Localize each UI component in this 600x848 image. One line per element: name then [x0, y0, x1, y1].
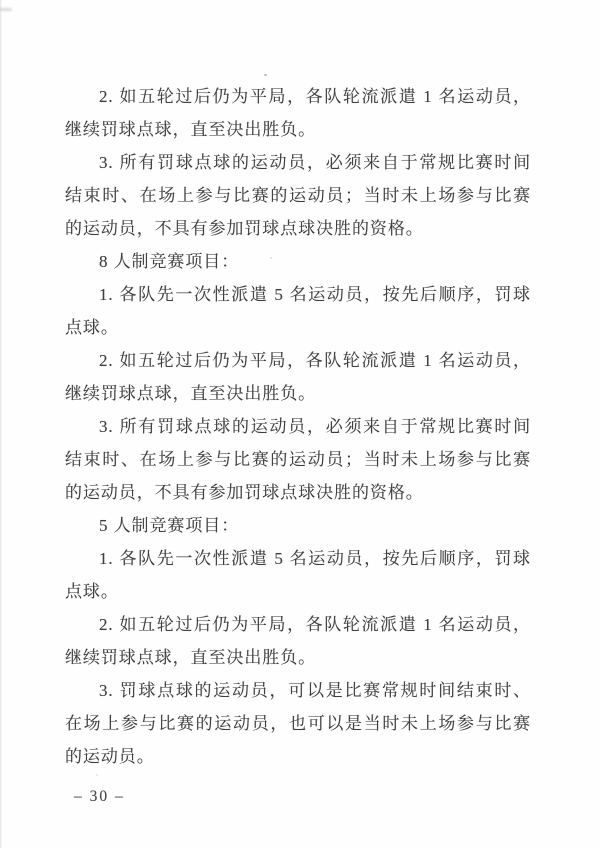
scan-smudge	[0, 8, 12, 11]
paragraph-rule-1: 1. 各队先一次性派遣 5 名运动员，按先后顺序，罚球点球。	[65, 278, 531, 344]
paragraph-rule-2: 2. 如五轮过后仍为平局，各队轮流派遣 1 名运动员，继续罚球点球，直至决出胜负…	[65, 608, 531, 674]
paragraph-rule-3: 3. 罚球点球的运动员，可以是比赛常规时间结束时、在场上参与比赛的运动员，也可以…	[65, 674, 531, 773]
paragraph-rule-3: 3. 所有罚球点球的运动员，必须来自于常规比赛时间结束时、在场上参与比赛的运动员…	[65, 410, 531, 509]
scan-edge-shadow	[0, 0, 2, 848]
document-body: 2. 如五轮过后仍为平局，各队轮流派遣 1 名运动员，继续罚球点球，直至决出胜负…	[65, 80, 531, 773]
paragraph-rule-2: 2. 如五轮过后仍为平局，各队轮流派遣 1 名运动员，继续罚球点球，直至决出胜负…	[65, 80, 531, 146]
page-number: – 30 –	[74, 788, 125, 806]
paragraph-rule-1: 1. 各队先一次性派遣 5 名运动员，按先后顺序，罚球点球。	[65, 542, 531, 608]
scan-speck	[264, 74, 267, 76]
paragraph-rule-2: 2. 如五轮过后仍为平局，各队轮流派遣 1 名运动员，继续罚球点球，直至决出胜负…	[65, 344, 531, 410]
section-heading-5-player: 5 人制竞赛项目：	[65, 509, 531, 542]
section-heading-8-player: 8 人制竞赛项目：	[65, 245, 531, 278]
scan-speck	[96, 774, 98, 776]
scanned-document-page: 2. 如五轮过后仍为平局，各队轮流派遣 1 名运动员，继续罚球点球，直至决出胜负…	[0, 0, 600, 848]
paragraph-rule-3: 3. 所有罚球点球的运动员，必须来自于常规比赛时间结束时、在场上参与比赛的运动员…	[65, 146, 531, 245]
